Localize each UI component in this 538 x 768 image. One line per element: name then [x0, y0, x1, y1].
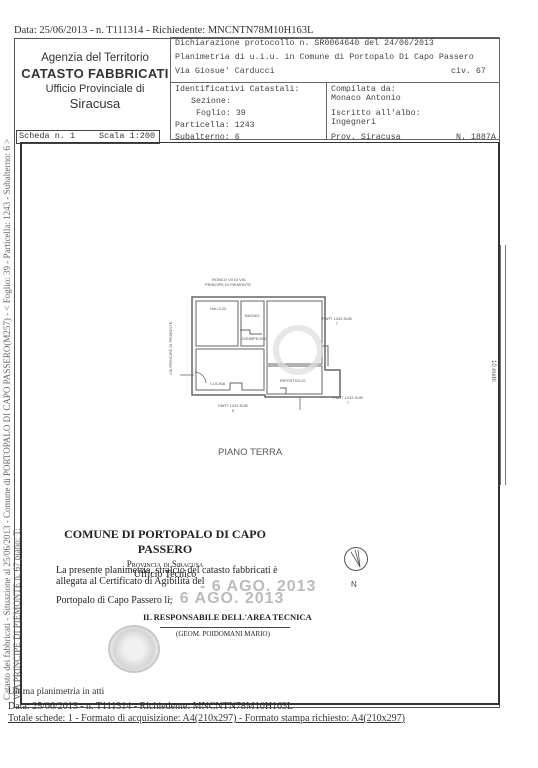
comune-title: COMUNE DI PORTOPALO DI CAPO PASSERO — [60, 527, 270, 557]
scale-bar-label: 10 metri — [490, 360, 496, 382]
divider — [326, 82, 327, 139]
official-seal — [108, 625, 160, 673]
neighbor-label: PART 1243 SUB 7 — [333, 395, 363, 405]
side-text-line2: VIA PRINCIPE DI PIEMONTE n. 67 piano: T; — [12, 139, 22, 700]
room-bagno: BAGNO — [245, 313, 259, 318]
catasto-title: CATASTO FABBRICATI — [20, 66, 170, 81]
compiler-name: Monaco Antonio — [331, 94, 401, 103]
registration-number: N. 1887A — [456, 133, 496, 142]
responsible-name: (GEOM. POIDOMANI MARIO) — [176, 630, 270, 638]
side-text-line1: Catasto dei fabbricati - Situazione al 2… — [2, 139, 12, 700]
planimetry-line: Planimetria di u.i.u. in Comune di Porto… — [175, 53, 474, 62]
street-top-label-2: PRINCIPE DI PIEMONTE — [205, 282, 251, 287]
place-date-label: Portopalo di Capo Passero li, — [56, 595, 172, 606]
last-planimetry-note: Ultima planimetria in atti — [8, 687, 104, 697]
north-label: N — [351, 580, 357, 589]
side-text: Catasto dei fabbricati - Situazione al 2… — [2, 139, 22, 700]
scale-bar — [500, 245, 506, 485]
sezione: Sezione: — [191, 97, 231, 106]
office-label: Ufficio Provinciale di — [20, 83, 170, 95]
date-stamp: - 6 AGO. 2013 — [168, 590, 284, 608]
footer-line-2: Totale schede: 1 - Formato di acquisizio… — [8, 713, 405, 724]
foglio: Foglio: 39 — [196, 109, 246, 118]
albo-label: Iscritto all'albo: — [331, 109, 421, 118]
floor-level-label: PIANO TERRA — [218, 447, 282, 458]
subalterno: Subalterno: 6 — [175, 133, 240, 142]
neighbor-label: PART 1243 SUB 5 — [218, 403, 248, 413]
albo-value: Ingegneri — [331, 118, 376, 127]
street-left-label: VIA PRINCIPE DI PIEMONTE — [168, 322, 173, 375]
address-line: Via Giosue' Carducci — [175, 67, 275, 76]
compiler-label: Compilata da: — [331, 85, 396, 94]
identifiers-title: Identificativi Catastali: — [175, 85, 299, 94]
civic-number: civ. 67 — [451, 67, 486, 76]
declaration-box: Dichiarazione protocollo n. SR0064640 de… — [170, 37, 500, 140]
protocol-line: Dichiarazione protocollo n. SR0064640 de… — [175, 39, 434, 48]
agency-name: Agenzia del Territorio — [20, 52, 170, 64]
room-disimpegno: DISIMPEGNO — [242, 336, 268, 341]
header-line: Data: 25/06/2013 - n. T111314 - Richiede… — [14, 25, 313, 36]
footer-line-1: Data: 25/06/2013 - n. T111314 - Richiede… — [8, 701, 293, 712]
floor-plan: RONCO VII DI VIA PRINCIPE DI PIEMONTE Hm… — [150, 270, 360, 420]
province: Prov. Siracusa — [331, 133, 401, 142]
particella: Particella: 1243 — [175, 121, 255, 130]
room-ripostiglio: RIPOSTIGLIO — [280, 378, 306, 383]
north-arrow-icon — [344, 547, 368, 571]
divider — [171, 82, 499, 83]
floor-plan-drawing — [150, 270, 360, 420]
neighbor-label: PART 1243 SUB 7 — [322, 316, 352, 326]
signature-line — [160, 627, 290, 628]
scheda-number: Scheda n. 1 — [19, 131, 75, 141]
height-label: Hm=3,20 — [210, 306, 226, 311]
agency-block: Agenzia del Territorio CATASTO FABBRICAT… — [20, 52, 170, 111]
responsible-title: IL RESPONSABILE DELL'AREA TECNICA — [143, 612, 312, 622]
office-city: Siracusa — [20, 96, 170, 111]
room-cucina: CUCINA — [210, 381, 225, 386]
scale: Scala 1:200 — [99, 131, 155, 141]
